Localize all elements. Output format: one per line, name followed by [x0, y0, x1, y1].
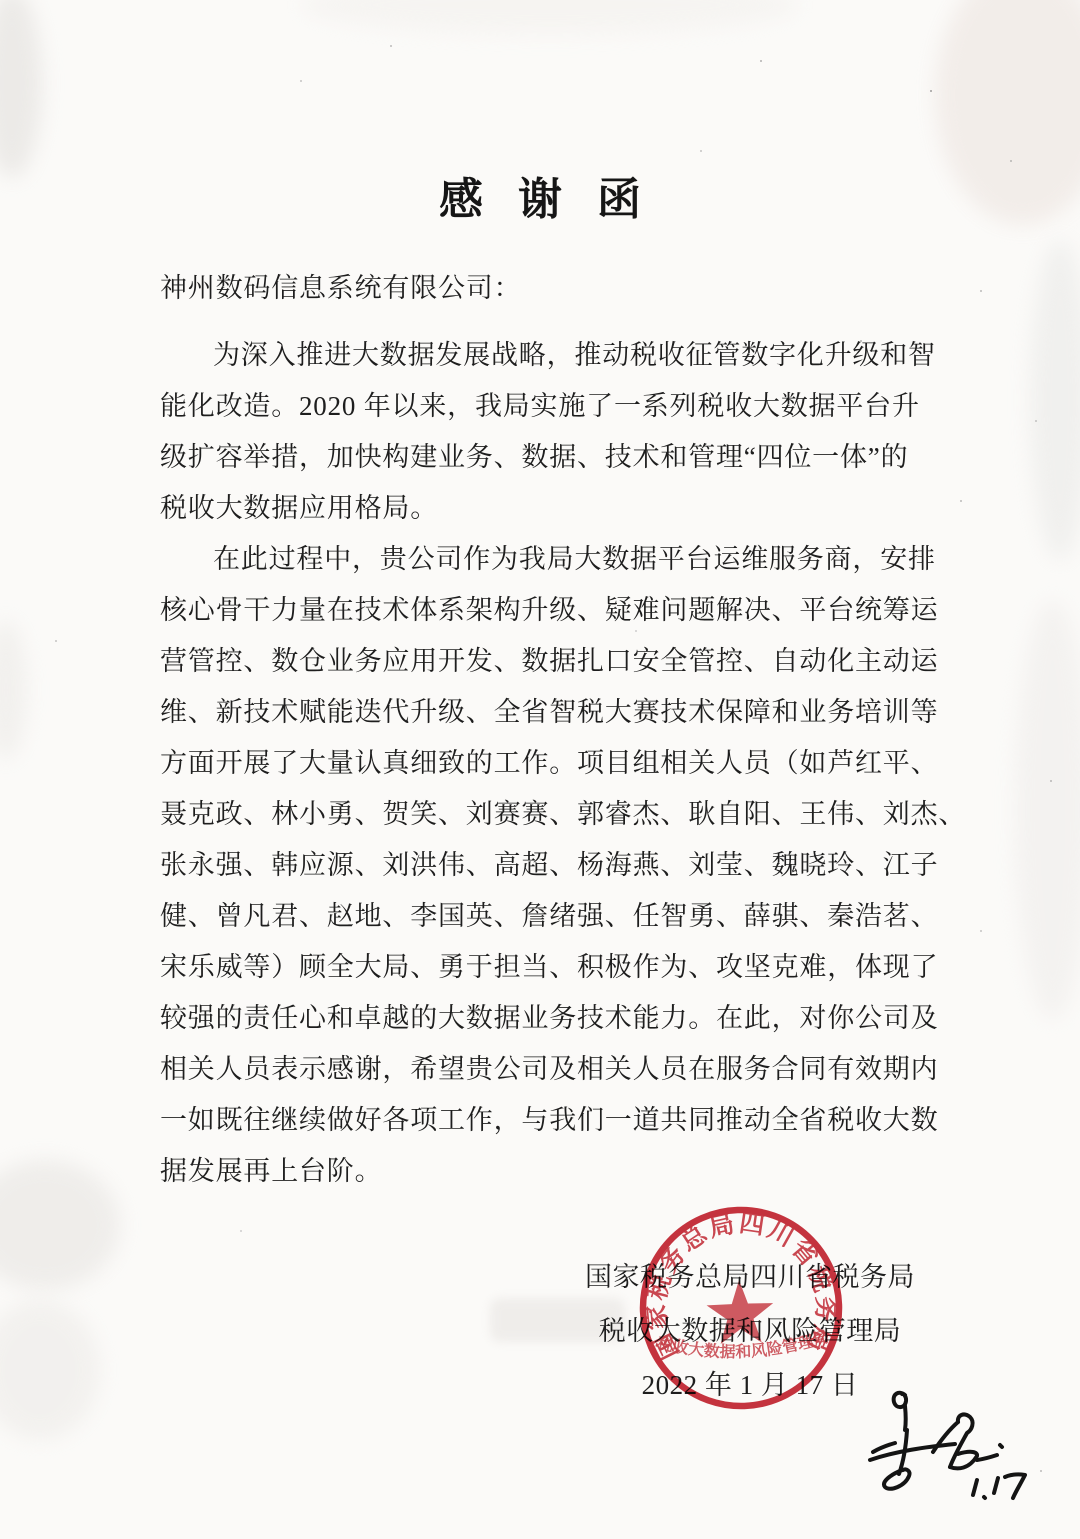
- body-text-line: 张永强、韩应源、刘洪伟、高超、杨海燕、刘莹、魏晓玲、江子: [160, 840, 960, 891]
- signature-stroke: [873, 1443, 895, 1452]
- scan-artifact: [300, 0, 800, 35]
- scan-artifact: [1015, 600, 1080, 1020]
- body-text-line: 能化改造。2020 年以来，我局实施了一系列税收大数据平台升: [160, 381, 960, 432]
- scan-artifact: [1030, 240, 1080, 560]
- signature-stroke: [1000, 1445, 1002, 1447]
- body-text-line: 方面开展了大量认真细致的工作。项目组相关人员（如芦红平、: [160, 738, 960, 789]
- body-text-line: 宋乐威等）顾全大局、勇于担当、积极作为、攻坚克难，体现了: [160, 942, 960, 993]
- body-text-line: 较强的责任心和卓越的大数据业务技术能力。在此，对你公司及: [160, 993, 960, 1044]
- body-text-line: 据发展再上台阶。: [160, 1146, 960, 1197]
- signature-stroke: [905, 1406, 906, 1430]
- official-seal-stamp-icon: 国家税务总局四川省税务局 税收大数据和风险管理局: [627, 1194, 855, 1422]
- body-text-line: 健、曾凡君、赵地、李国英、詹绪强、任智勇、薛骐、秦浩茗、: [160, 891, 960, 942]
- body-text-line: 在此过程中，贵公司作为我局大数据平台运维服务商，安排: [160, 534, 960, 585]
- letter-body: 为深入推进大数据发展战略，推动税收征管数字化升级和智能化改造。2020 年以来，…: [160, 330, 960, 1197]
- body-text-line: 级扩容举措，加快构建业务、数据、技术和管理“四位一体”的: [160, 432, 960, 483]
- signature-stroke: [950, 1415, 973, 1467]
- handwritten-date-stroke: [1005, 1474, 1025, 1498]
- seal-inner-bottom-text: 税收大数据和风险管理局: [654, 1328, 832, 1364]
- signature-stroke: [977, 1455, 997, 1460]
- scan-artifact: [0, 0, 42, 178]
- body-text-line: 税收大数据应用格局。: [160, 483, 960, 534]
- paragraph-1: 为深入推进大数据发展战略，推动税收征管数字化升级和智能化改造。2020 年以来，…: [160, 330, 960, 534]
- handwritten-signature: [845, 1378, 1065, 1538]
- scan-speckles: [390, 45, 392, 47]
- scanned-letter-page: 感 谢 函 神州数码信息系统有限公司： 为深入推进大数据发展战略，推动税收征管数…: [0, 0, 1080, 1539]
- salutation: 神州数码信息系统有限公司：: [160, 263, 521, 314]
- seal-star-icon: [706, 1279, 775, 1345]
- scan-artifact: [0, 1160, 120, 1290]
- scan-artifact: [0, 620, 27, 760]
- body-text-line: 一如既往继续做好各项工作，与我们一道共同推动全省税收大数: [160, 1095, 960, 1146]
- scan-artifact: [0, 1300, 100, 1440]
- body-text-line: 核心骨干力量在技术体系架构升级、疑难问题解决、平台统筹运: [160, 585, 960, 636]
- signature-stroke: [884, 1469, 909, 1488]
- body-text-line: 营管控、数仓业务应用开发、数据扎口安全管控、自动化主动运: [160, 636, 960, 687]
- letter-title: 感 谢 函: [0, 163, 1080, 227]
- body-text-line: 聂克政、林小勇、贺笑、刘赛赛、郭睿杰、耿自阳、王伟、刘杰、: [160, 789, 960, 840]
- body-text-line: 维、新技术赋能迭代升级、全省智税大赛技术保障和业务培训等: [160, 687, 960, 738]
- signature-stroke: [933, 1422, 958, 1452]
- handwritten-date-stroke: [994, 1478, 998, 1493]
- handwritten-date-stroke: [973, 1480, 977, 1495]
- body-text-line: 相关人员表示感谢，希望贵公司及相关人员在服务合同有效期内: [160, 1044, 960, 1095]
- paragraph-2: 在此过程中，贵公司作为我局大数据平台运维服务商，安排核心骨干力量在技术体系架构升…: [160, 534, 960, 1197]
- handwritten-date-stroke: [984, 1497, 985, 1498]
- body-text-line: 为深入推进大数据发展战略，推动税收征管数字化升级和智: [160, 330, 960, 381]
